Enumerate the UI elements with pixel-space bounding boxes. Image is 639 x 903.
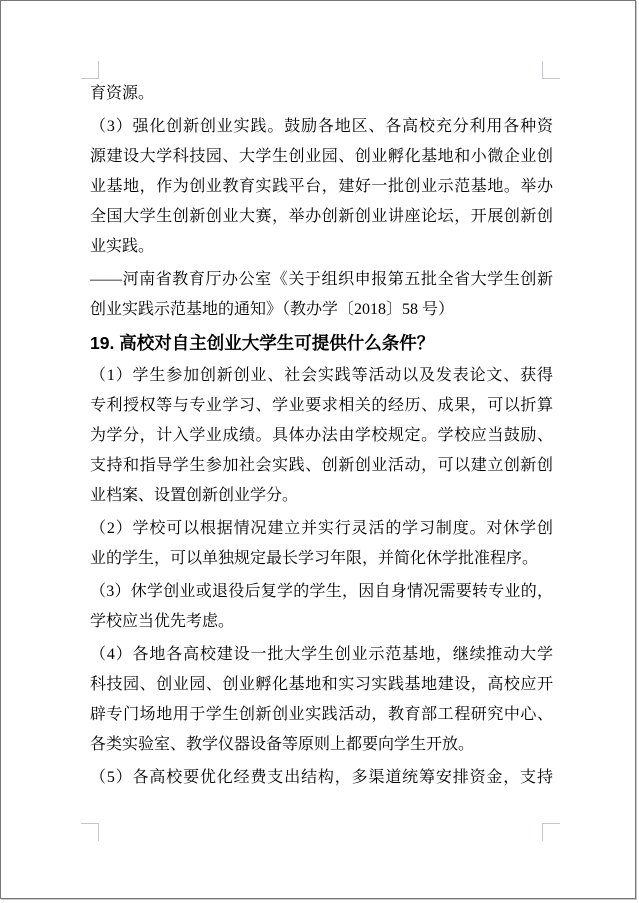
text-line: 科技园、创业园、创业孵化基地和实习实践基地建设，高校应开 — [90, 670, 553, 700]
text-line: 业档案、设置创新创业学分。 — [90, 481, 553, 511]
text-line: 源建设大学科技园、大学生创业园、创业孵化基地和小微企业创 — [90, 142, 553, 172]
text-line: 19. 高校对自主创业大学生可提供什么条件？ — [90, 328, 553, 358]
paragraph: （3）强化创新创业实践。鼓励各地区、各高校充分利用各种资源建设大学科技园、大学生… — [90, 112, 553, 262]
margin-crop-mark-bottom-left — [81, 823, 99, 841]
margin-crop-mark-bottom-right — [542, 823, 560, 841]
paragraph: （5）各高校要优化经费支出结构，多渠道统筹安排资金，支持 — [90, 763, 553, 793]
text-line: 辟专门场地用于学生创新创业实践活动，教育部工程研究中心、 — [90, 700, 553, 730]
text-line: 各类实验室、教学仪器设备等原则上都要向学生开放。 — [90, 730, 553, 760]
text-line: 创业实践示范基地的通知》（教办学〔2018〕58 号） — [90, 295, 553, 325]
text-line: ——河南省教育厅办公室《关于组织申报第五批全省大学生创新 — [90, 265, 553, 295]
paragraph: （2）学校可以根据情况建立并实行灵活的学习制度。对休学创业的学生，可以单独规定最… — [90, 514, 553, 574]
text-line: 业的学生，可以单独规定最长学习年限，并简化休学批准程序。 — [90, 544, 553, 574]
question-heading: 19. 高校对自主创业大学生可提供什么条件？ — [90, 328, 553, 358]
paragraph: （4）各地各高校建设一批大学生创业示范基地，继续推动大学科技园、创业园、创业孵化… — [90, 640, 553, 760]
text-line: 业基地，作为创业教育实践平台，建好一批创业示范基地。举办 — [90, 172, 553, 202]
text-line: 支持和指导学生参加社会实践、创新创业活动，可以建立创新创 — [90, 451, 553, 481]
text-line: （3）强化创新创业实践。鼓励各地区、各高校充分利用各种资 — [90, 112, 553, 142]
text-line: 全国大学生创新创业大赛，举办创新创业讲座论坛，开展创新创 — [90, 202, 553, 232]
margin-crop-mark-top-right — [542, 61, 560, 79]
text-line: （1）学生参加创新创业、社会实践等活动以及发表论文、获得 — [90, 361, 553, 391]
text-line: 业实践。 — [90, 232, 553, 262]
paragraph: 育资源。 — [90, 79, 553, 109]
paragraph: （1）学生参加创新创业、社会实践等活动以及发表论文、获得专利授权等与专业学习、学… — [90, 361, 553, 511]
text-line: （2）学校可以根据情况建立并实行灵活的学习制度。对休学创 — [90, 514, 553, 544]
margin-crop-mark-top-left — [81, 61, 99, 79]
text-line: 学校应当优先考虑。 — [90, 607, 553, 637]
document-page: 育资源。（3）强化创新创业实践。鼓励各地区、各高校充分利用各种资源建设大学科技园… — [0, 0, 636, 899]
text-line: 为学分，计入学业成绩。具体办法由学校规定。学校应当鼓励、 — [90, 421, 553, 451]
paragraph: （3）休学创业或退役后复学的学生，因自身情况需要转专业的，学校应当优先考虑。 — [90, 577, 553, 637]
text-line: 专利授权等与专业学习、学业要求相关的经历、成果，可以折算 — [90, 391, 553, 421]
paragraph: ——河南省教育厅办公室《关于组织申报第五批全省大学生创新创业实践示范基地的通知》… — [90, 265, 553, 325]
text-line: （4）各地各高校建设一批大学生创业示范基地，继续推动大学 — [90, 640, 553, 670]
text-line: 育资源。 — [90, 79, 553, 109]
text-line: （5）各高校要优化经费支出结构，多渠道统筹安排资金，支持 — [90, 763, 553, 793]
page-text-area: 育资源。（3）强化创新创业实践。鼓励各地区、各高校充分利用各种资源建设大学科技园… — [90, 79, 553, 796]
text-line: （3）休学创业或退役后复学的学生，因自身情况需要转专业的， — [90, 577, 553, 607]
